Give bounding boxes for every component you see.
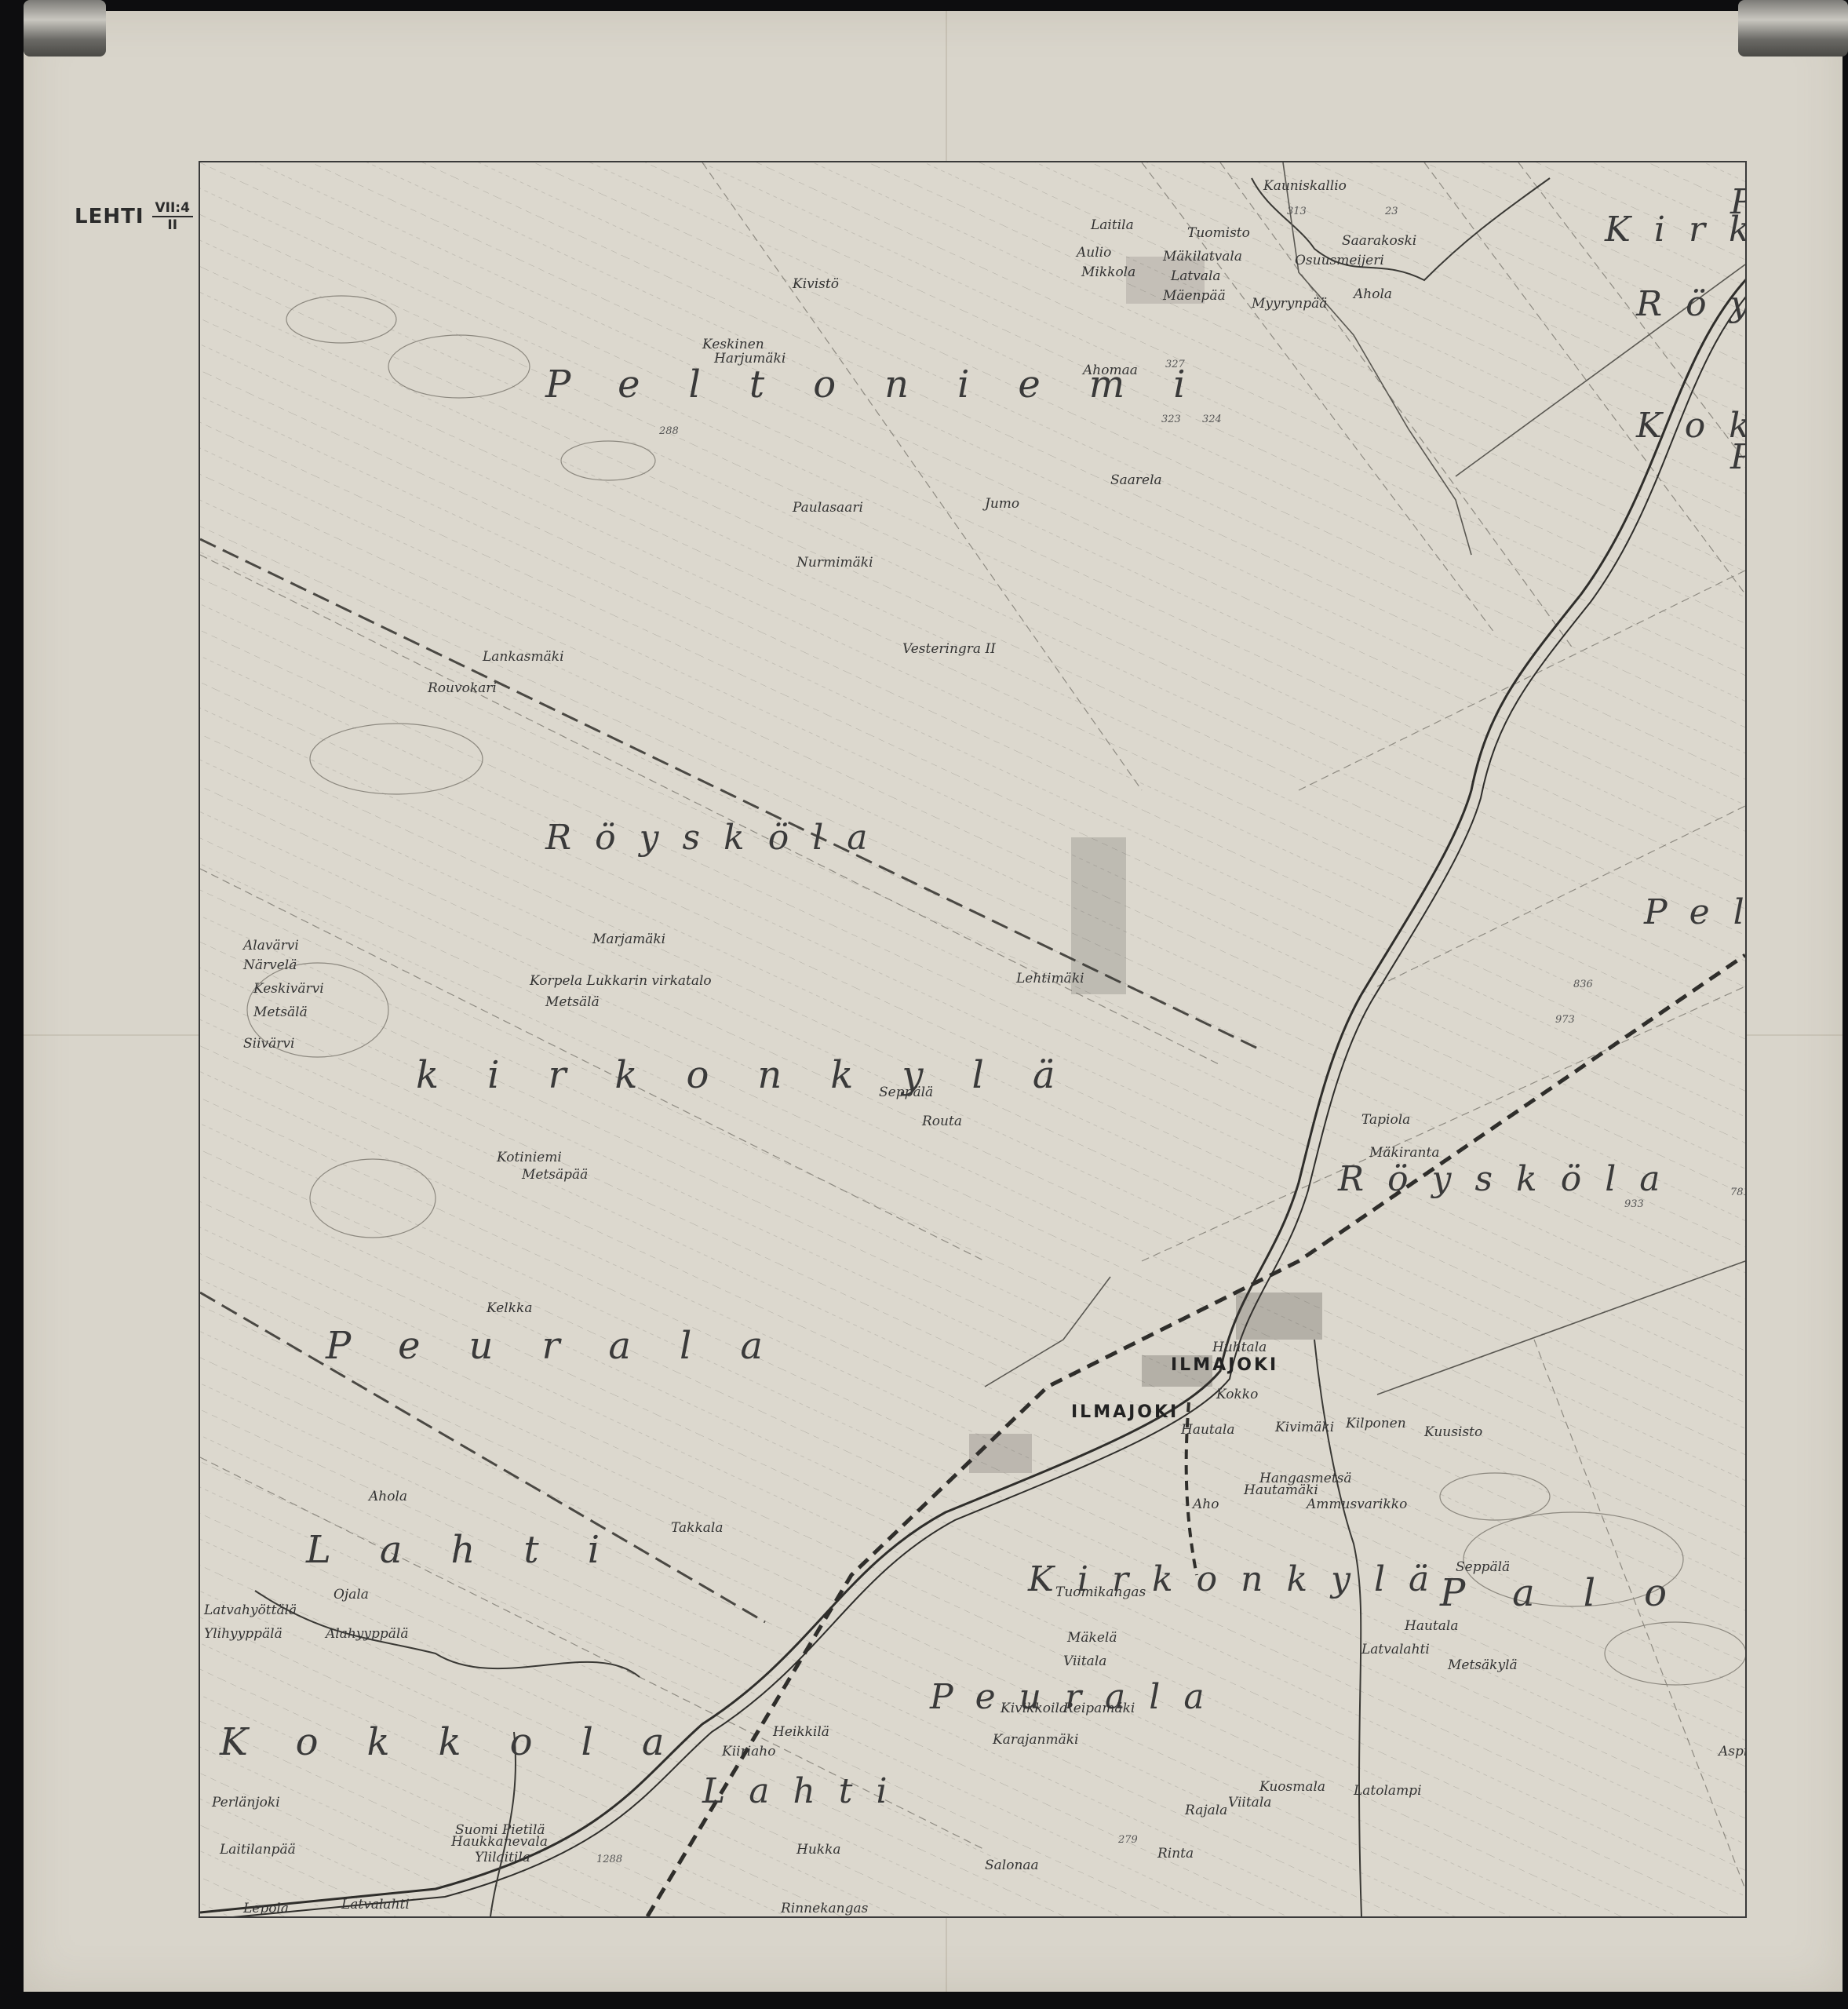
farm-label: Tapiola [1361,1112,1410,1128]
farm-label: Mäkilatvala [1163,249,1242,264]
sheet-numerator: VII:4 [152,200,193,217]
farm-label: Harjumäki [714,351,785,366]
town-label: ILMAJOKI [1071,1402,1179,1422]
farm-label: Hautala [1181,1422,1234,1438]
sheet-identifier: LEHTI VII:4 II [75,200,193,233]
farm-label: Saarakoski [1342,233,1416,249]
farm-label: Rinnekangas [781,1901,868,1916]
farm-label: Metsäkylä [1448,1657,1518,1673]
farm-label: Osuusmeijeri [1295,253,1384,268]
farm-label: Kiiriaho [722,1744,775,1759]
parcel-number: 1288 [596,1854,622,1865]
parcel-number: 323 [1161,414,1181,425]
farm-label: Kivikkoila [1001,1701,1067,1716]
region-label: Lahti [702,1771,911,1811]
farm-label: Aho [1193,1497,1219,1512]
farm-label: Latvalahti [341,1897,410,1912]
farm-label: Tuomisto [1187,225,1250,241]
farm-label: Ahola [1354,286,1392,302]
farm-label: Tuomikangas [1055,1584,1146,1600]
farm-label: Kokko [1216,1387,1258,1402]
farm-label: Ammusvarikko [1307,1497,1407,1512]
farm-label: Mäkelä [1067,1630,1117,1646]
farm-label: Kivimäki [1275,1420,1334,1435]
map-linework [200,162,1745,1916]
farm-label: Latvahyöttälä [204,1602,297,1618]
region-label: Röysköla [1636,284,1747,324]
farm-label: Latolampi [1354,1783,1422,1799]
farm-label: Ylilaitila [475,1850,530,1865]
region-label: Röysköla [545,818,891,858]
farm-label: Mäenpää [1163,288,1226,304]
sheet-denominator: II [167,217,177,233]
farm-label: Salonaa [985,1858,1039,1873]
farm-label: Haukkanevala [451,1834,548,1850]
farm-label: Kotiniemi [497,1150,562,1165]
farm-label: Nurmimäki [796,555,873,571]
farm-label: Keskinen [702,337,764,352]
parcel-number: 327 [1165,359,1185,370]
farm-label: Aspiarvuoto [1719,1744,1747,1759]
parcel-number: 933 [1624,1198,1644,1210]
farm-label: Viitala [1063,1654,1106,1669]
farm-label: Saarela [1110,472,1162,488]
farm-label: Seppälä [1456,1559,1510,1575]
region-label: Palo [1730,182,1747,222]
region-label: Peurala [326,1324,811,1368]
farm-label: Ahomaa [1083,363,1138,378]
farm-label: Kivistö [793,276,839,292]
farm-label: Takkala [671,1520,723,1536]
farm-label: Perlänjoki [212,1795,280,1810]
farm-label: Latvala [1171,268,1221,284]
farm-label: Mikkola [1081,264,1135,280]
farm-label: Laitilanpää [220,1842,296,1858]
farm-label: Kuusisto [1424,1424,1482,1440]
farm-label: Seppälä [879,1085,933,1100]
farm-label: Metsälä [545,994,600,1010]
region-label: Röysköla [1338,1159,1684,1199]
farm-label: Rinta [1157,1846,1194,1861]
farm-label: Keskivärvi [253,981,324,997]
farm-label: Lankasmäki [483,649,564,665]
farm-label: Metsäpää [522,1167,588,1183]
parcel-number: 288 [659,425,679,437]
farm-label: Hukka [796,1842,841,1858]
parcel-number: 279 [1118,1834,1138,1846]
farm-label: Hautamäki [1244,1482,1318,1498]
farm-label: Rouvokari [428,680,497,696]
farm-label: Kelkka [487,1300,532,1316]
farm-label: Ojala [334,1587,369,1602]
farm-label: Närvelä [243,957,297,973]
hanger-clip-right [1738,0,1848,57]
parcel-number: 781 [1730,1187,1747,1198]
farm-label: Karajanmäki [993,1732,1078,1748]
farm-label: Vesteringra II [902,641,996,657]
sheet-prefix: LEHTI [75,205,144,228]
farm-label: Alavärvi [243,938,299,953]
farm-label: Viitala [1228,1795,1271,1810]
sheet-number: VII:4 II [152,200,193,233]
farm-label: Jumo [985,496,1019,512]
farm-label: Laitila [1091,217,1134,233]
map-frame[interactable]: PeltoniemiRöyskölaRöyskölaPeltoniemikirk… [199,161,1747,1918]
farm-label: Alahyyppälä [326,1626,408,1642]
region-label: Lahti [306,1528,648,1572]
farm-label: Rajala [1185,1803,1227,1818]
town-label: ILMAJOKI [1171,1355,1278,1375]
farm-label: Myyrynpää [1252,296,1327,312]
farm-label: Routa [922,1114,962,1129]
farm-label: Kilponen [1346,1416,1406,1431]
parcel-number: 313 [1287,206,1307,217]
farm-label: Heikkilä [773,1724,829,1740]
farm-label: Marjamäki [592,932,665,947]
farm-label: Lepola [243,1901,289,1916]
parcel-number: 23 [1385,206,1398,217]
farm-label: Paulasaari [793,500,863,516]
farm-label: Siivärvi [243,1036,294,1052]
parcel-number: 836 [1573,979,1593,990]
farm-label: Mäkiranta [1369,1145,1439,1161]
farm-label: Hautala [1405,1618,1458,1634]
farm-label: Lehtimäki [1016,971,1084,986]
region-label: Kokkola [1636,406,1747,446]
region-label: Peltoniemi [1644,892,1747,932]
parcel-number: 973 [1555,1014,1575,1026]
farm-label: Reipamäki [1063,1701,1135,1716]
farm-label: Korpela Lukkarin virkatalo [530,973,712,989]
region-label: kirkonkylä [416,1053,1103,1097]
farm-label: Aulio [1077,245,1111,261]
farm-label: Metsälä [253,1004,308,1020]
farm-label: Latvalahti [1361,1642,1430,1657]
region-label: Kokkola [220,1720,713,1764]
region-label: Palo [1440,1571,1715,1615]
farm-label: Kauniskallio [1263,178,1347,194]
farm-label: Huhtala [1212,1340,1267,1355]
parcel-number: 324 [1202,414,1222,425]
farm-label: Ylihyyppälä [204,1626,282,1642]
hanger-clip-left [24,0,106,57]
farm-label: Kuosmala [1259,1779,1325,1795]
region-label: Kirkonk [1605,210,1747,250]
farm-label: Ahola [369,1489,407,1504]
